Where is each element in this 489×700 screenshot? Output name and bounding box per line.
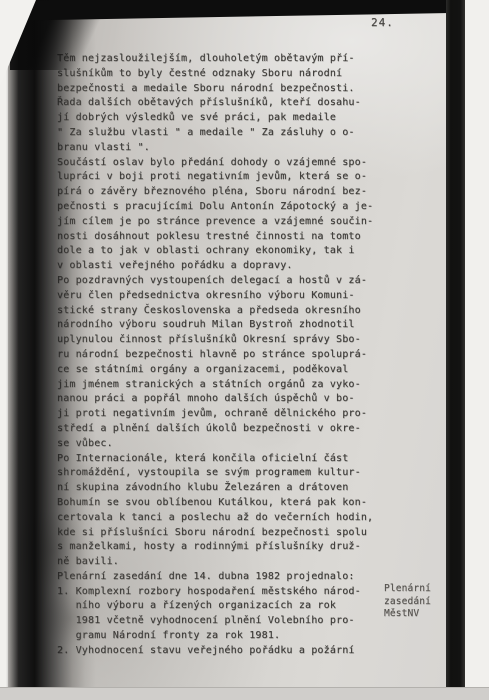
text-line: ji proti negativním jevům, ochraně dělni… xyxy=(57,407,373,422)
text-line: Bohumín se svou oblíbenou Kutálkou, kter… xyxy=(57,496,373,511)
text-line: certovala k tanci a poslechu až do večer… xyxy=(57,511,373,526)
text-line: s manželkami, hosty a rodinnými příslušn… xyxy=(57,540,373,555)
text-line: gramu Národní fronty za rok 1981. xyxy=(57,629,373,644)
text-line: 2. Vyhodnocení stavu veřejného pořádku a… xyxy=(57,644,373,659)
text-line: uplynulou činnost příslušníků Okresní sp… xyxy=(57,333,373,348)
text-line: Řada dalších obětavých příslušníků, kteř… xyxy=(57,96,373,111)
text-line: MěstNV xyxy=(384,608,431,621)
text-line: středí a plnění dalších úkolů bezpečnost… xyxy=(57,422,373,437)
text-line: 1. Komplexní rozbory hospodaření městské… xyxy=(57,585,373,600)
text-line: zasedání xyxy=(384,596,431,609)
bottom-scan-edge xyxy=(0,687,489,700)
text-line: Plenární zasedání dne 14. dubna 1982 pro… xyxy=(57,570,373,585)
text-line: dole a to jak v oblasti ochrany ekonomik… xyxy=(57,244,373,259)
text-line: " Za službu vlasti " a medaile " Za zásl… xyxy=(57,126,373,141)
text-line: nanou práci a popřál mnoho dalších úspěc… xyxy=(57,392,373,407)
text-line: branu vlasti ". xyxy=(57,141,373,156)
text-line: ně bavili. xyxy=(57,555,373,570)
text-line: lupráci v boji proti negativním jevům, k… xyxy=(57,170,373,185)
text-line: slušníkům to byly čestné odznaky Sboru n… xyxy=(57,67,373,82)
text-line: 1981 včetně vyhodnocení plnění Volebního… xyxy=(57,614,373,629)
page-number: 24. xyxy=(371,16,394,29)
text-line: věru člen předsednictva okresního výboru… xyxy=(57,289,373,304)
text-line: Těm nejzasloužilejším, dlouholetým oběta… xyxy=(57,52,373,67)
text-line: národního výboru soudruh Milan Bystroň z… xyxy=(57,318,373,333)
text-line: ce se státními orgány a organizacemi, po… xyxy=(57,363,373,378)
text-line: se vůbec. xyxy=(57,437,373,452)
text-line: nosti dosáhnout poklesu trestné činnosti… xyxy=(57,230,373,245)
text-line: bezpečnosti a medaile Sboru národní bezp… xyxy=(57,82,373,97)
scanned-document-page: 24. Těm nejzasloužilejším, dlouholetým o… xyxy=(0,0,489,700)
right-scan-band xyxy=(446,0,465,687)
body-text: Těm nejzasloužilejším, dlouholetým oběta… xyxy=(57,52,373,659)
text-line: jim jménem stranických a státních orgánů… xyxy=(57,378,373,393)
text-line: Plenární xyxy=(384,583,431,596)
text-line: ru národní bezpečnosti hlavně po stránce… xyxy=(57,348,373,363)
text-line: ního výboru a řízených organizacích za r… xyxy=(57,599,373,614)
text-line: pírá o závěry březnového pléna, Sboru ná… xyxy=(57,185,373,200)
text-line: pečnosti s pracujícími Dolu Antonín Zápo… xyxy=(57,200,373,215)
text-line: Po Internacionále, která končila oficiel… xyxy=(57,452,373,467)
text-line: shromáždění, vystoupila se svým programe… xyxy=(57,466,373,481)
text-line: ní skupina závodního klubu Železáren a d… xyxy=(57,481,373,496)
text-line: jím cílem je po stránce prevence a vzáje… xyxy=(57,215,373,230)
text-line: v oblasti veřejného pořádku a dopravy. xyxy=(57,259,373,274)
text-line: Součástí oslav bylo předání dohody o vzá… xyxy=(57,156,373,171)
margin-note: PlenárnízasedáníMěstNV xyxy=(384,583,431,621)
text-line: kde si příslušníci Sboru národní bezpečn… xyxy=(57,526,373,541)
text-line: Po pozdravných vystoupeních delegací a h… xyxy=(57,274,373,289)
text-line: stické strany Československa a předseda … xyxy=(57,304,373,319)
text-line: jí dobrých výsledků ve své práci, pak me… xyxy=(57,111,373,126)
